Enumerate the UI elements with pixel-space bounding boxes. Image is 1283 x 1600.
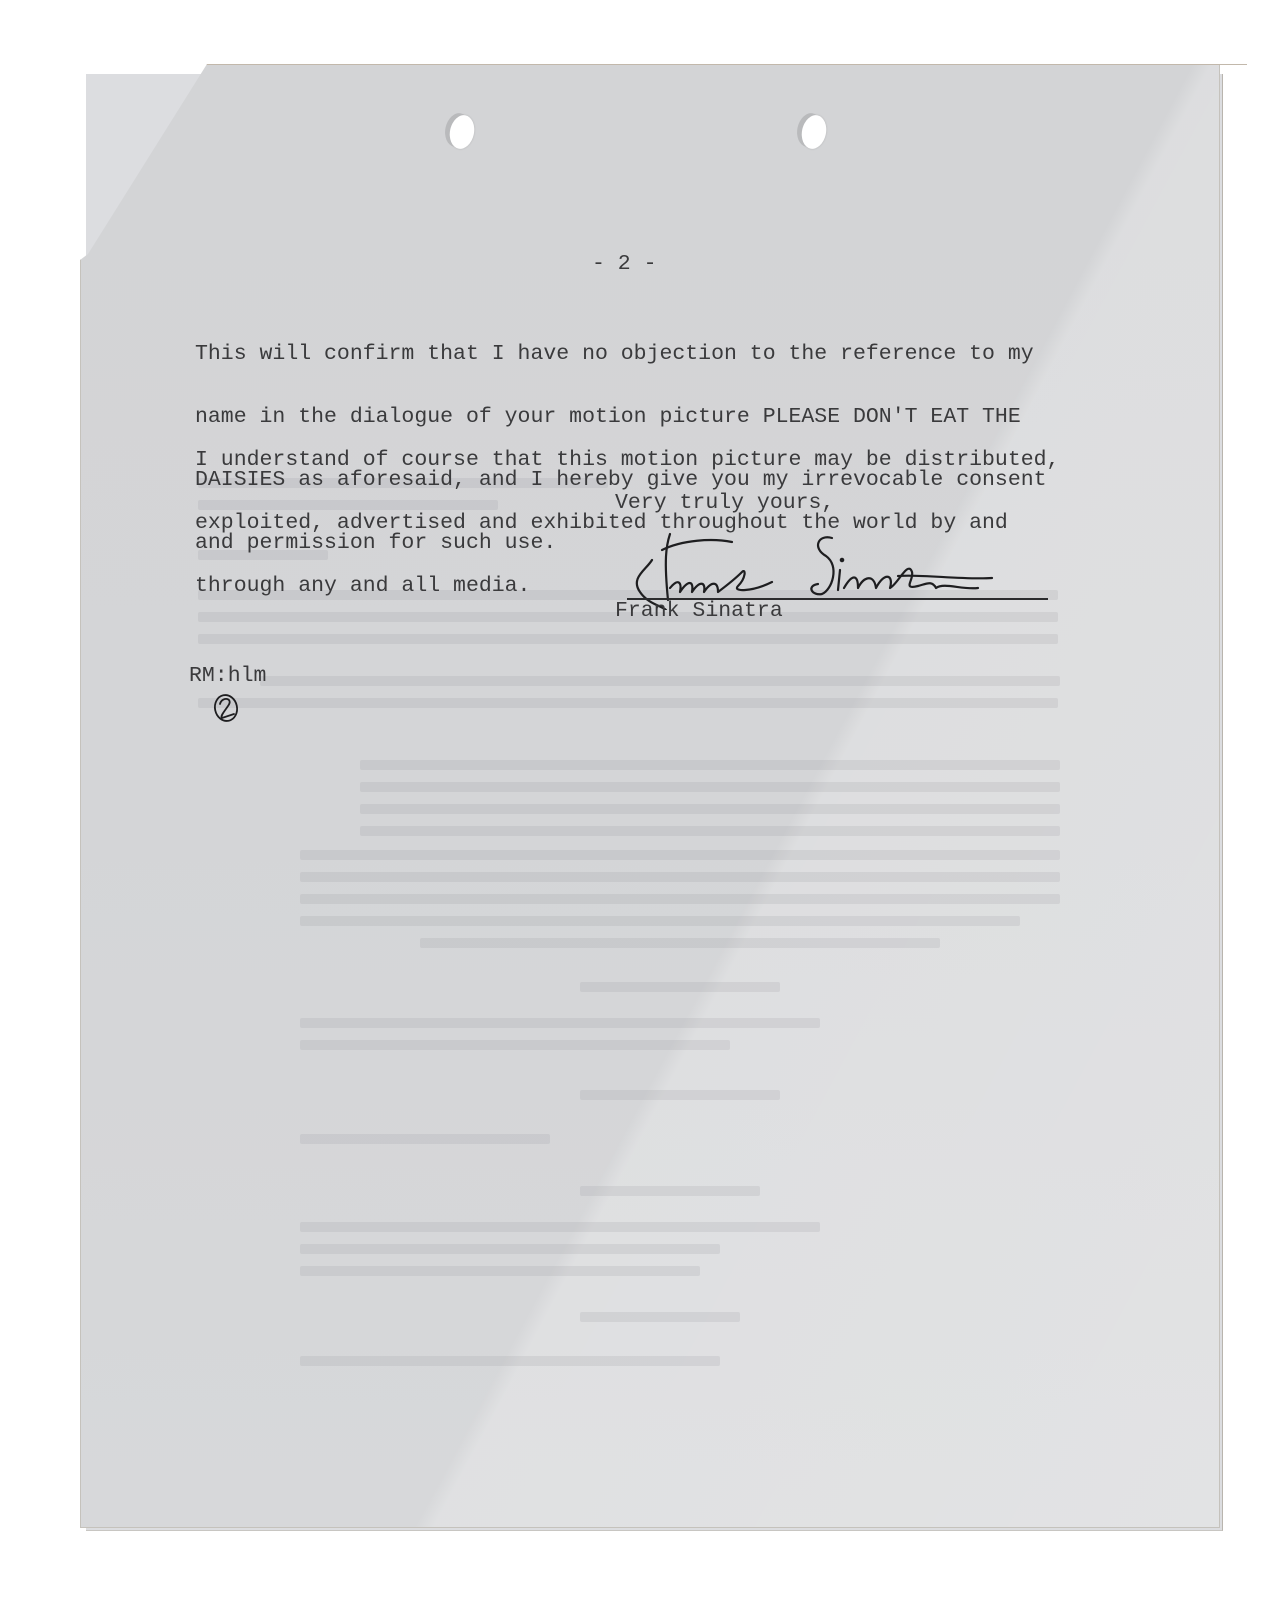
circled-number-icon xyxy=(212,690,242,724)
closing-salutation: Very truly yours, xyxy=(615,493,834,514)
letter-page xyxy=(80,64,1220,1528)
page-number: - 2 - xyxy=(592,254,657,275)
page-top-edge xyxy=(207,64,1247,65)
paragraph-line: I understand of course that this motion … xyxy=(195,450,1059,471)
reference-initials: RM:hlm xyxy=(189,666,266,687)
signer-name: Frank Sinatra xyxy=(615,601,783,622)
paragraph-line: This will confirm that I have no objecti… xyxy=(195,344,1047,365)
